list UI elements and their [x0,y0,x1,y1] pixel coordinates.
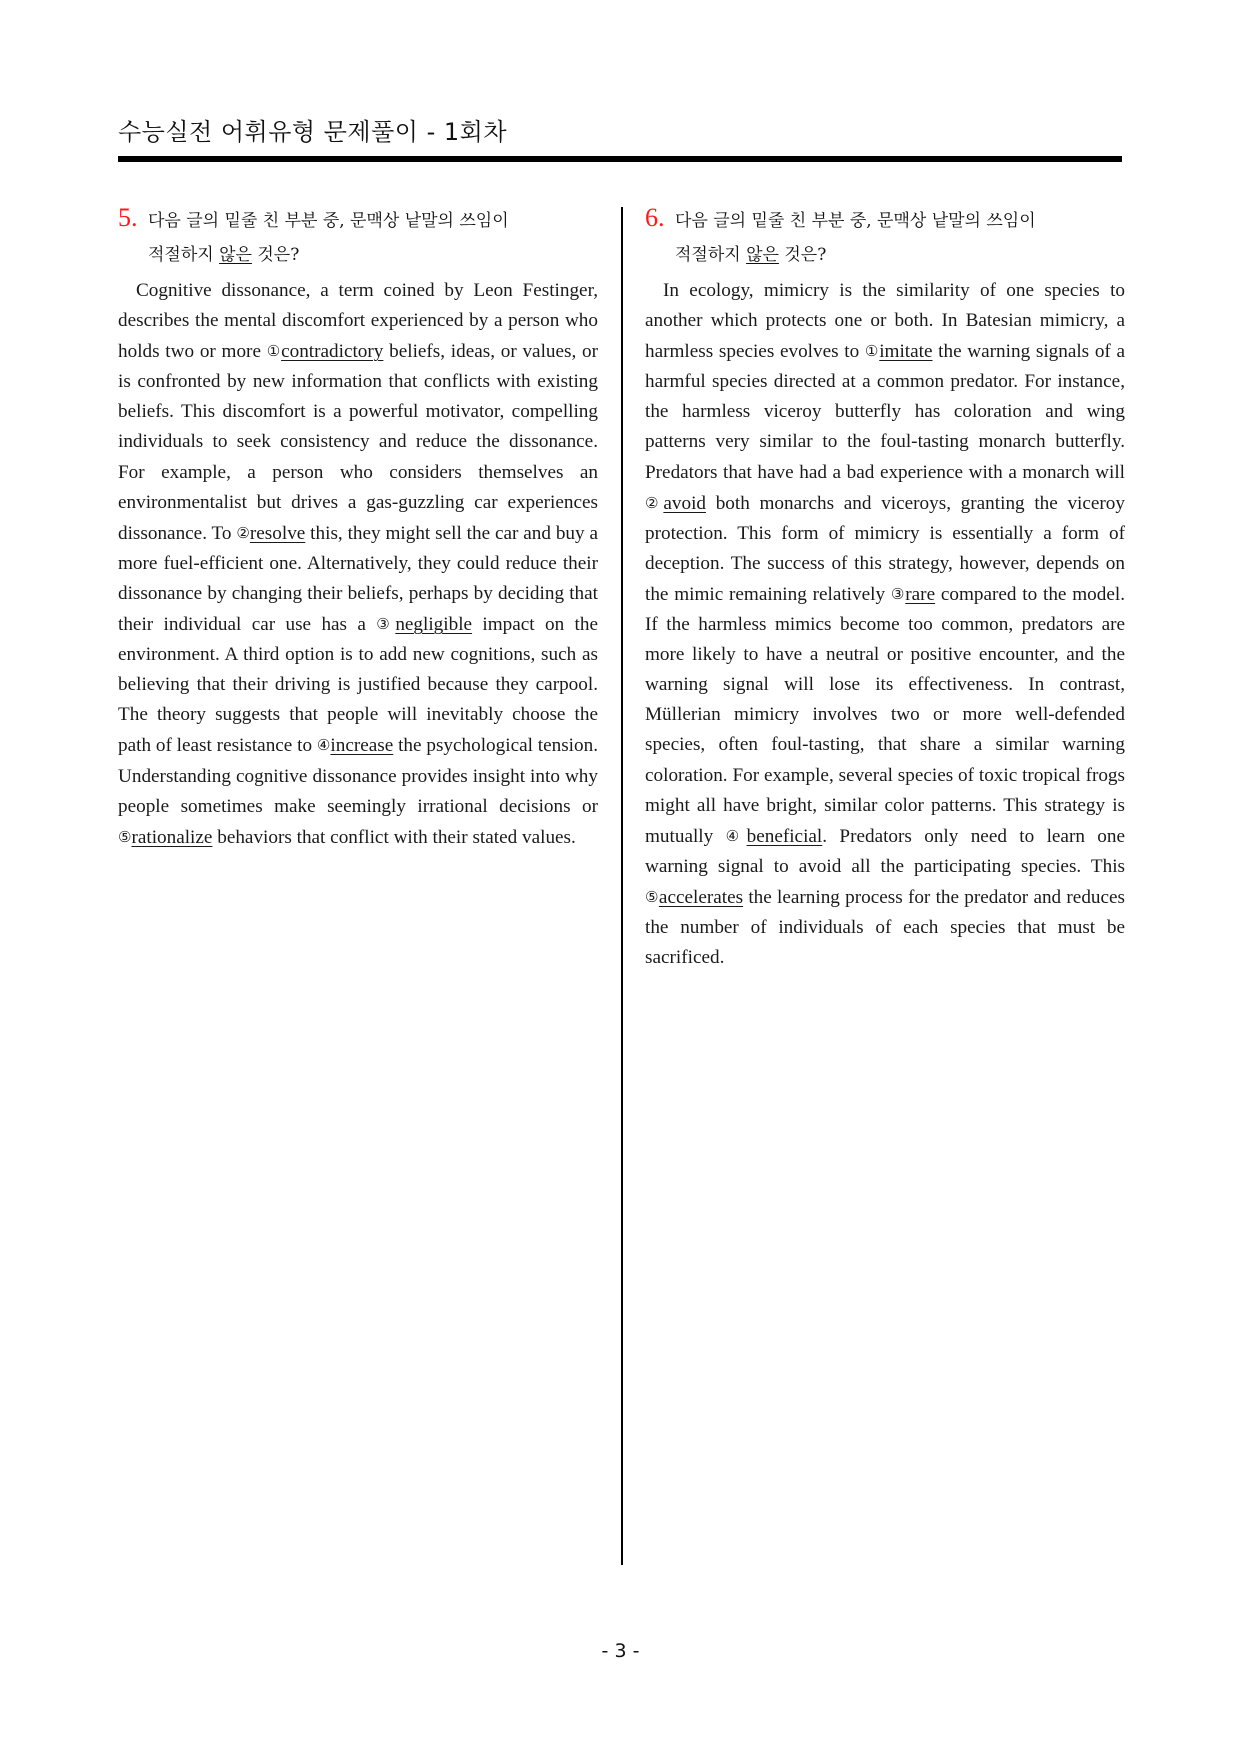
page-number: - 3 - [0,1640,1241,1662]
prompt-line-2: 적절하지 않은 것은? [148,238,598,272]
underlined-word-1: contradictory [281,341,383,362]
choice-marker-4: ④ [317,736,330,754]
passage-text: In ecology, mimicry is the similarity of… [645,276,1125,973]
question-5: 5. 다음 글의 밑줄 친 부분 중, 문맥상 낱말의 쓰임이 적절하지 않은 … [118,204,598,853]
underlined-word-1: imitate [879,341,932,362]
prompt-line-2: 적절하지 않은 것은? [675,238,1125,272]
prompt-line-1: 다음 글의 밑줄 친 부분 중, 문맥상 낱말의 쓰임이 [675,204,1125,238]
choice-marker-2: ② [645,494,663,512]
prompt-text: 것은? [252,245,299,265]
question-number: 5. [118,201,138,235]
choice-marker-2: ② [236,524,250,542]
prompt-emphasis-underlined: 않은 [746,245,779,265]
question-number: 6. [645,201,665,235]
header-rule [118,156,1122,162]
passage-segment: beliefs, ideas, or values, or is confron… [118,341,598,544]
underlined-word-4: beneficial [747,826,823,847]
choice-marker-4: ④ [726,827,747,845]
choice-marker-5: ⑤ [118,828,131,846]
prompt-line-1: 다음 글의 밑줄 친 부분 중, 문맥상 낱말의 쓰임이 [148,204,598,238]
underlined-word-4: increase [330,735,393,756]
choice-marker-5: ⑤ [645,888,659,906]
prompt-text: 적절하지 [675,245,746,265]
passage-segment: compared to the model. If the harmless m… [645,584,1125,847]
passage-text: Cognitive dissonance, a term coined by L… [118,276,598,853]
choice-marker-3: ③ [376,615,395,633]
question-6: 6. 다음 글의 밑줄 친 부분 중, 문맥상 낱말의 쓰임이 적절하지 않은 … [645,204,1125,973]
choice-marker-3: ③ [891,585,905,603]
column-divider [621,207,623,1565]
prompt-text: 것은? [779,245,826,265]
prompt-text: 적절하지 [148,245,219,265]
page-header-title: 수능실전 어휘유형 문제풀이 - 1회차 [118,112,507,147]
underlined-word-3: rare [905,584,935,605]
question-prompt: 5. 다음 글의 밑줄 친 부분 중, 문맥상 낱말의 쓰임이 적절하지 않은 … [118,204,598,272]
question-prompt: 6. 다음 글의 밑줄 친 부분 중, 문맥상 낱말의 쓰임이 적절하지 않은 … [645,204,1125,272]
underlined-word-5: accelerates [659,887,743,908]
underlined-word-2: avoid [663,493,706,514]
underlined-word-3: negligible [395,614,472,635]
underlined-word-2: resolve [250,523,305,544]
underlined-word-5: rationalize [131,827,212,848]
passage-segment: behaviors that conflict with their state… [212,827,575,848]
choice-marker-1: ① [865,342,879,360]
prompt-emphasis-underlined: 않은 [219,245,252,265]
passage-segment: the warning signals of a harmful species… [645,341,1125,482]
choice-marker-1: ① [267,342,281,360]
